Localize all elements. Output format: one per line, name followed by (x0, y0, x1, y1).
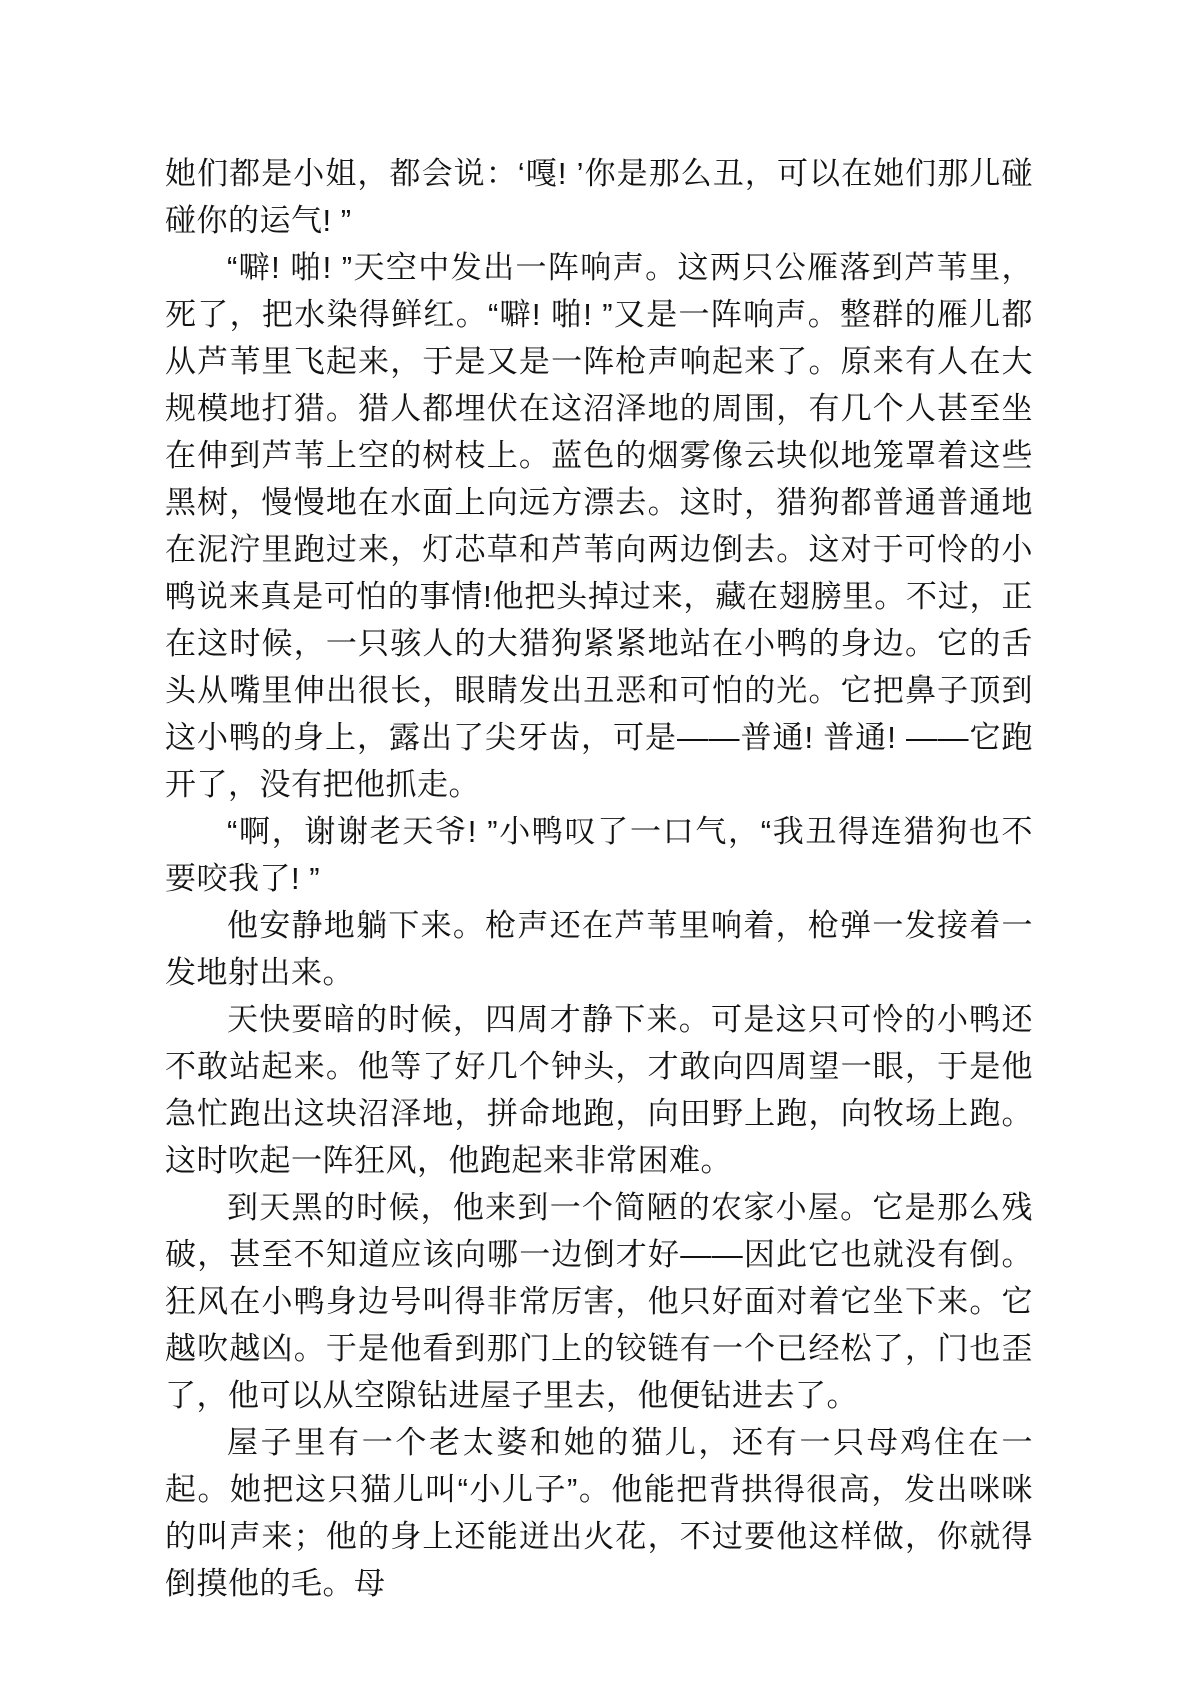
story-text-block: 她们都是小姐，都会说：‘嘎! ’你是那么丑，可以在她们那儿碰碰你的运气! ” “… (165, 150, 1033, 1607)
paragraph: 她们都是小姐，都会说：‘嘎! ’你是那么丑，可以在她们那儿碰碰你的运气! ” (165, 150, 1033, 244)
paragraph: “啊，谢谢老天爷! ”小鸭叹了一口气，“我丑得连猎狗也不要咬我了! ” (165, 808, 1033, 902)
paragraph: “噼! 啪! ”天空中发出一阵响声。这两只公雁落到芦苇里，死了，把水染得鲜红。“… (165, 244, 1033, 808)
paragraph: 天快要暗的时候，四周才静下来。可是这只可怜的小鸭还不敢站起来。他等了好几个钟头，… (165, 996, 1033, 1184)
paragraph: 到天黑的时候，他来到一个简陋的农家小屋。它是那么残破，甚至不知道应该向哪一边倒才… (165, 1184, 1033, 1419)
paragraph: 他安静地躺下来。枪声还在芦苇里响着，枪弹一发接着一发地射出来。 (165, 902, 1033, 996)
document-page: 她们都是小姐，都会说：‘嘎! ’你是那么丑，可以在她们那儿碰碰你的运气! ” “… (0, 0, 1191, 1684)
paragraph: 屋子里有一个老太婆和她的猫儿，还有一只母鸡住在一起。她把这只猫儿叫“小儿子”。他… (165, 1419, 1033, 1607)
